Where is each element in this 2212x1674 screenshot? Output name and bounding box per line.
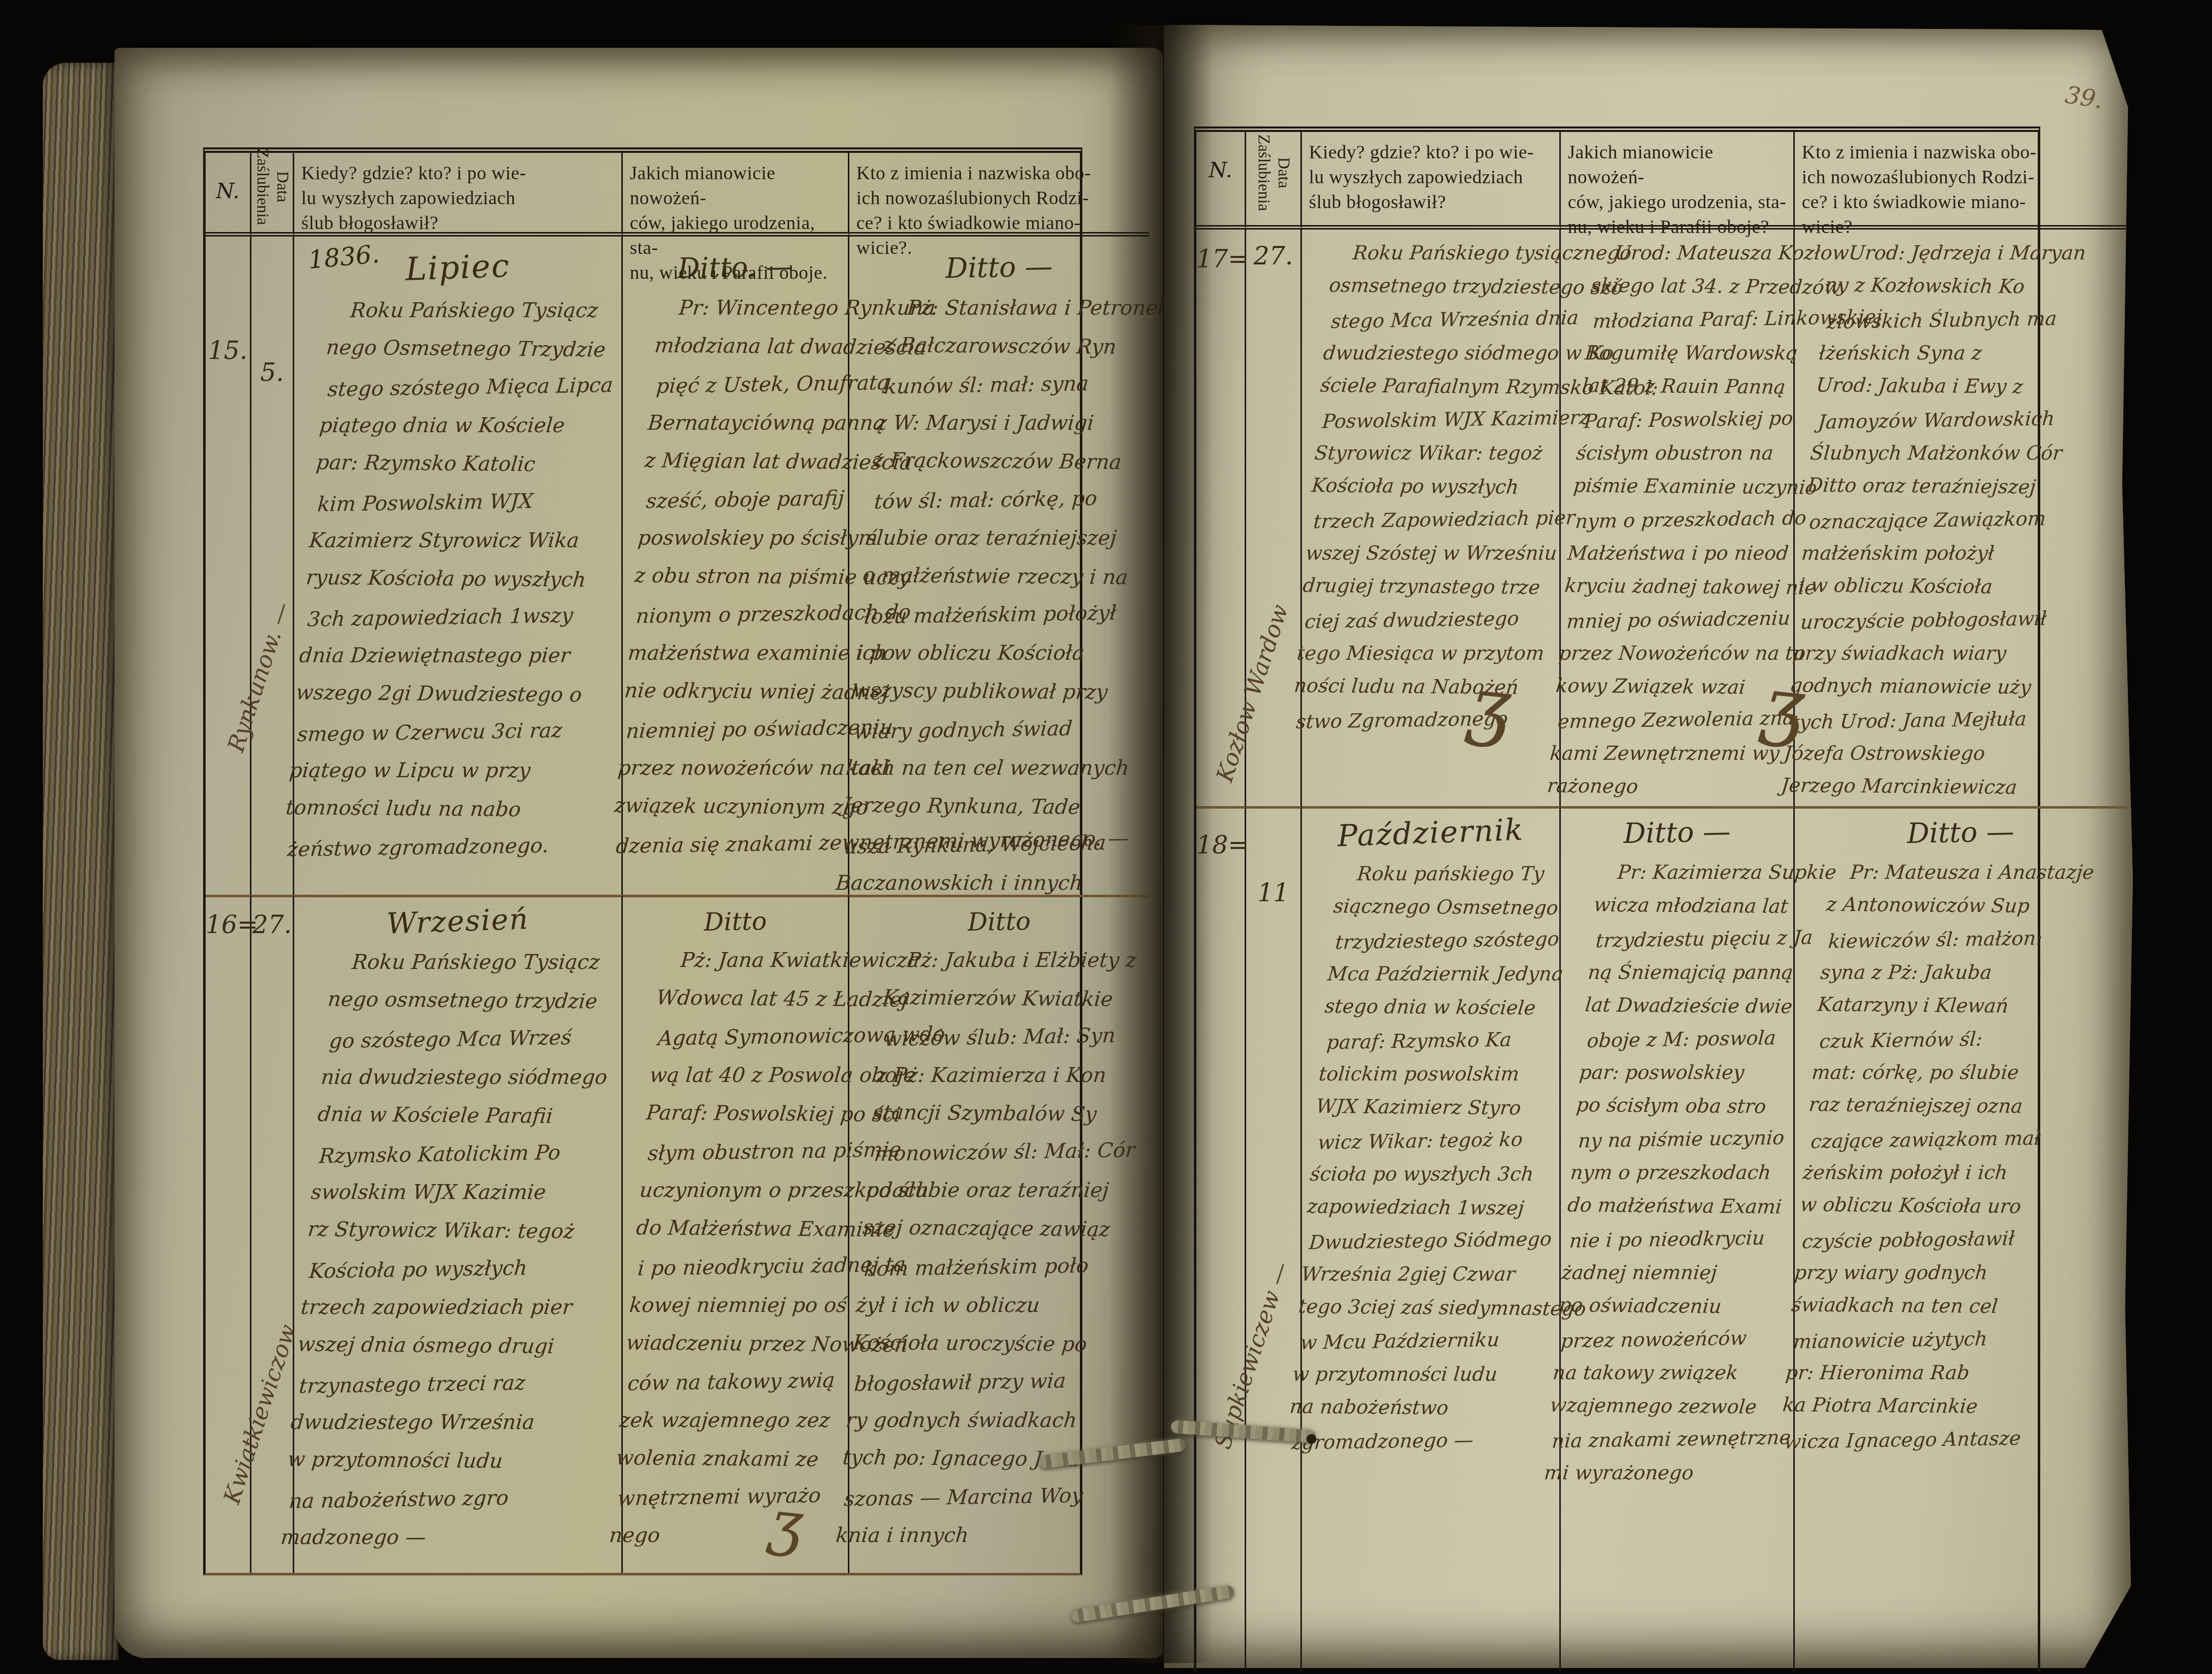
handwritten-text: Pr: Mateusza i Anastazjez Antonowiczów S… bbox=[1768, 849, 2153, 1456]
handwritten-text: Pr: Wincentego Rynkunamłodziana lat dwad… bbox=[597, 284, 873, 864]
header-newlyweds: Jakich mianowicie nowożeń- ców, jakiego … bbox=[1561, 132, 1793, 239]
data-zaslubienia-label: Data Zaślubienia bbox=[1254, 108, 1293, 238]
entry16-ceremony-cell: Wrzesień Roku Pańskiego Tysiącznego osms… bbox=[294, 895, 623, 1573]
entry15-ceremony-cell: 1836. Lipiec Roku Pańskiego Tysiącznego … bbox=[294, 237, 623, 895]
ink-flourish: ʒ bbox=[1758, 660, 1809, 751]
entry-day: 5. bbox=[251, 237, 293, 387]
book-fore-edge-pages bbox=[43, 63, 118, 1660]
entry-day: 11 bbox=[1246, 809, 1300, 907]
entry18-witnesses-cell: Ditto — Pr: Mateusza i Anastazjez Antono… bbox=[1795, 806, 2126, 1672]
entry15-newlyweds-cell: Ditto. — Pr: Wincentego Rynkunamłodziana… bbox=[623, 237, 849, 895]
left-header-n: N. bbox=[206, 153, 251, 237]
right-header-data: Data Zaślubienia bbox=[1246, 132, 1302, 230]
handwritten-text: Pż: Stanisława i Petroneliz Bałczarowscz… bbox=[822, 284, 1176, 902]
book-scan: N. Data Zaślubienia Kiedy? gdzie? kto? i… bbox=[0, 0, 2212, 1674]
right-header-n: N. bbox=[1196, 132, 1246, 230]
ink-flourish: ʒ bbox=[766, 1487, 807, 1559]
data-zaslubienia-label: Data Zaślubienia bbox=[252, 122, 292, 251]
entry16-witnesses-cell: Ditto Pż: Jakuba i Elżbiety zKazimierzów… bbox=[849, 895, 1149, 1573]
entry18-date-cell: 11 bbox=[1246, 806, 1302, 1672]
handwritten-text: Roku pańskiego Tysiącznego Osmsetnegotrz… bbox=[1276, 850, 1586, 1458]
header-when-where-who: Kiedy? gdzie? kto? i po wie- lu wyszłych… bbox=[294, 153, 621, 236]
ditto-heading: Ditto. — bbox=[622, 249, 848, 286]
handwritten-text: Roku Pańskiego Tysiącznego Osmsetnego Tr… bbox=[269, 286, 647, 866]
right-header-col1: Kiedy? gdzie? kto? i po wie- lu wyszłych… bbox=[1302, 132, 1561, 230]
entry-number: 15. bbox=[206, 237, 250, 365]
right-register-table: N. Data Zaślubienia Kiedy? gdzie? kto? i… bbox=[1194, 126, 2040, 1672]
entry16-newlyweds-cell: Ditto Pż: Jana KwiatkiewiczaWdowca lat 4… bbox=[623, 895, 849, 1573]
entry-number: 17= bbox=[1196, 230, 1245, 273]
binding-hole bbox=[1306, 1434, 1316, 1444]
entry-number: 18= bbox=[1196, 809, 1245, 859]
handwritten-text: Pż: Jakuba i Elżbiety zKazimierzów Kwiat… bbox=[822, 936, 1176, 1554]
entry-number: 16= bbox=[206, 897, 250, 939]
ditto-heading: Ditto bbox=[623, 905, 848, 938]
left-header-col1: Kiedy? gdzie? kto? i po wie- lu wyszłych… bbox=[294, 153, 623, 237]
header-when-where-who: Kiedy? gdzie? kto? i po wie- lu wyszłych… bbox=[1302, 132, 1559, 215]
left-header-col3: Kto z imienia i nazwiska obo- ich nowoza… bbox=[849, 153, 1149, 237]
entry17-ceremony-cell: Roku Pańskiego tysiącznegoosmsetnego trz… bbox=[1302, 230, 1561, 806]
right-header-col2: Jakich mianowicie nowożeń- ców, jakiego … bbox=[1561, 132, 1795, 230]
header-parents-witnesses: Kto z imienia i nazwiska obo- ich nowoza… bbox=[1795, 132, 2126, 239]
entry-day: 27. bbox=[251, 897, 293, 939]
handwritten-text: Roku Pańskiego Tysiącznego osmsetnego tr… bbox=[267, 938, 649, 1556]
right-header-col3: Kto z imienia i nazwiska obo- ich nowoza… bbox=[1795, 132, 2126, 230]
entry15-witnesses-cell: Ditto — Pż: Stanisława i Petroneliz Bałc… bbox=[849, 237, 1149, 895]
n-column-label: N. bbox=[206, 153, 250, 203]
ditto-heading: Ditto — bbox=[1560, 815, 1793, 851]
entry-day: 27. bbox=[1246, 230, 1300, 270]
left-header-data: Data Zaślubienia bbox=[251, 153, 294, 237]
n-column-label: N. bbox=[1196, 132, 1245, 182]
entry15-number-cell: 15. bbox=[206, 237, 251, 895]
ditto-heading: Ditto bbox=[849, 905, 1150, 939]
handwritten-text: Urod: Jędrzeja i Maryanny z Kozłowskich … bbox=[1770, 230, 2152, 804]
ink-flourish: ʒ bbox=[1464, 660, 1515, 751]
month-heading: Wrzesień bbox=[294, 899, 622, 944]
entry18-number-cell: 18= bbox=[1196, 806, 1246, 1672]
handwritten-text: Roku Pańskiego tysiącznegoosmsetnego trz… bbox=[1280, 230, 1581, 737]
ditto-heading: Ditto — bbox=[1794, 814, 2126, 852]
entry18-newlyweds-cell: Ditto — Pr: Kazimierza Supkiewicza młodz… bbox=[1561, 806, 1795, 1672]
entry17-witnesses-cell: Urod: Jędrzeja i Maryanny z Kozłowskich … bbox=[1795, 230, 2126, 806]
entry18-ceremony-cell: Październik Roku pańskiego Tysiącznego O… bbox=[1302, 806, 1561, 1672]
entry17-newlyweds-cell: Urod: Mateusza Kozłowskiego lat 34. z Pr… bbox=[1561, 230, 1795, 806]
left-register-table: N. Data Zaślubienia Kiedy? gdzie? kto? i… bbox=[203, 147, 1082, 1575]
left-header-col2: Jakich mianowicie nowożeń- ców, jakiego … bbox=[623, 153, 849, 237]
month-heading: Październik bbox=[1301, 811, 1560, 855]
ditto-heading: Ditto — bbox=[849, 249, 1149, 286]
folio-page-number: 39. bbox=[2063, 81, 2105, 114]
